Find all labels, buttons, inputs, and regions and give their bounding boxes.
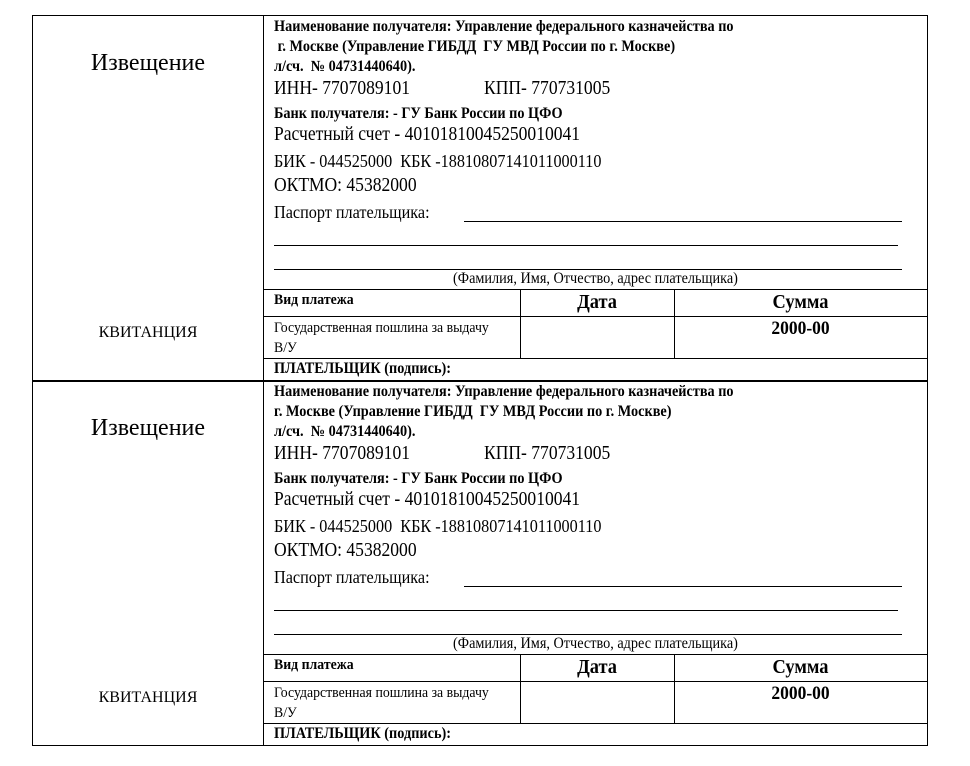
divider (674, 654, 675, 723)
recipient-line-2: г. Москве (Управление ГИБДД ГУ МВД Росси… (274, 403, 672, 421)
divider (264, 654, 927, 655)
divider (264, 289, 927, 290)
passport-field[interactable] (464, 586, 902, 587)
receipt-label: КВИТАНЦИЯ (33, 689, 263, 707)
header-payment-type: Вид платежа (274, 292, 354, 309)
header-amount: Сумма (684, 291, 917, 314)
passport-label: Паспорт плательщика: (274, 202, 430, 223)
divider (674, 289, 675, 358)
payment-type-value: Государственная пошлина за выдачу В/У (274, 318, 504, 358)
date-field[interactable] (522, 683, 672, 721)
divider (520, 654, 521, 723)
header-payment-type: Вид платежа (274, 657, 354, 674)
bank-name: Банк получателя: - ГУ Банк России по ЦФО (274, 105, 563, 123)
notice-label: Извещение (33, 50, 263, 77)
fio-caption: (Фамилия, Имя, Отчество, адрес плательщи… (291, 635, 901, 653)
passport-label: Паспорт плательщика: (274, 567, 430, 588)
passport-field[interactable] (464, 221, 902, 222)
account-number: Расчетный счет - 40101810045250010041 (274, 489, 580, 511)
inn-value: ИНН- 7707089101 (274, 78, 410, 100)
form-details: Наименование получателя: Управление феде… (264, 16, 927, 381)
amount-value: 2000-00 (684, 318, 917, 340)
recipient-line-1: Наименование получателя: Управление феде… (274, 383, 734, 401)
notice-label: Извещение (33, 415, 263, 442)
form-left-column: Извещение КВИТАНЦИЯ (33, 381, 264, 745)
bank-name: Банк получателя: - ГУ Банк России по ЦФО (274, 470, 563, 488)
kpp-value: КПП- 770731005 (484, 443, 610, 465)
recipient-account-line: л/сч. № 04731440640). (274, 58, 415, 76)
divider (264, 723, 927, 724)
header-date: Дата (526, 656, 668, 679)
divider (520, 289, 521, 358)
inn-value: ИНН- 7707089101 (274, 443, 410, 465)
signature-label: ПЛАТЕЛЬЩИК (подпись): (274, 725, 451, 743)
recipient-line-2: г. Москве (Управление ГИБДД ГУ МВД Росси… (274, 38, 675, 56)
fio-caption: (Фамилия, Имя, Отчество, адрес плательщи… (291, 270, 901, 288)
payment-form-2: Извещение КВИТАНЦИЯ Наименование получат… (32, 380, 928, 746)
oktmo: ОКТМО: 45382000 (274, 540, 417, 562)
bik-kbk: БИК - 044525000 КБК -1881080714101100011… (274, 151, 601, 172)
payer-info-field-1[interactable] (274, 610, 898, 611)
divider (264, 358, 927, 359)
form-left-column: Извещение КВИТАНЦИЯ (33, 16, 264, 381)
divider (264, 681, 927, 682)
recipient-account-line: л/сч. № 04731440640). (274, 423, 415, 441)
bik-kbk: БИК - 044525000 КБК -1881080714101100011… (274, 516, 601, 537)
signature-label: ПЛАТЕЛЬЩИК (подпись): (274, 360, 451, 378)
receipt-label: КВИТАНЦИЯ (33, 324, 263, 342)
account-number: Расчетный счет - 40101810045250010041 (274, 124, 580, 146)
header-date: Дата (526, 291, 668, 314)
date-field[interactable] (522, 318, 672, 356)
kpp-value: КПП- 770731005 (484, 78, 610, 100)
header-amount: Сумма (684, 656, 917, 679)
amount-value: 2000-00 (684, 683, 917, 705)
recipient-line-1: Наименование получателя: Управление феде… (274, 18, 734, 36)
payment-form-1: Извещение КВИТАНЦИЯ Наименование получат… (32, 15, 928, 382)
payer-info-field-1[interactable] (274, 245, 898, 246)
divider (264, 316, 927, 317)
oktmo: ОКТМО: 45382000 (274, 175, 417, 197)
payment-type-value: Государственная пошлина за выдачу В/У (274, 683, 504, 723)
form-details: Наименование получателя: Управление феде… (264, 381, 927, 745)
